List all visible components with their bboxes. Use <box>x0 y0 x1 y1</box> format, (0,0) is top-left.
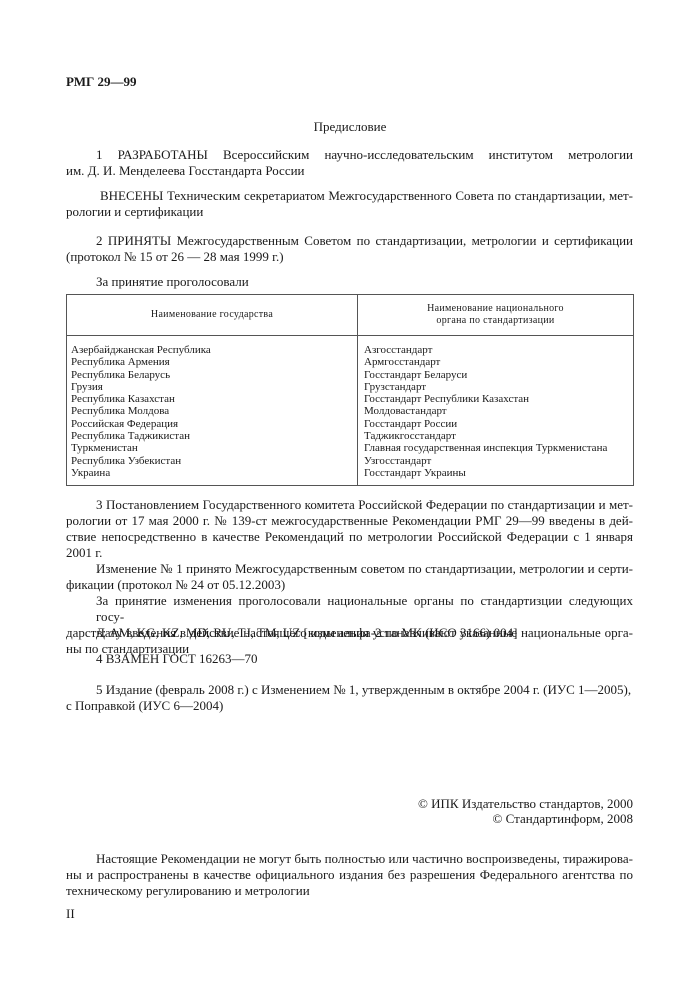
standards-body-name: Таджикгосстандарт <box>364 430 629 442</box>
resolution-paragraph: 3 Постановлением Государственного комите… <box>66 497 633 561</box>
state-name: Республика Беларусь <box>71 369 353 381</box>
state-name: Азербайджанская Республика <box>71 344 353 356</box>
amendment-line-1: Изменение № 1 принято Межгосударственным… <box>66 561 633 577</box>
bodies-column: АзгосстандартАрмгосстандартГосстандарт Б… <box>358 336 634 486</box>
developed-line-1: 1 РАЗРАБОТАНЫ Всероссийским научно-иссле… <box>66 147 633 163</box>
resolution-line-3: ствие непосредственно в качестве Рекомен… <box>66 529 633 545</box>
effective-date-line-1: Дату введения в действие настоящего изме… <box>66 625 633 641</box>
amendment-paragraph: Изменение № 1 принято Межгосударственным… <box>66 561 633 593</box>
resolution-line-2: рологии от 17 мая 2000 г. № 139-ст межго… <box>66 513 633 529</box>
adopted-paragraph: 2 ПРИНЯТЫ Межгосударственным Советом по … <box>66 233 633 265</box>
copyright-block: © ИПК Издательство стандартов, 2000 © Ст… <box>418 796 633 826</box>
developed-line-2: им. Д. И. Менделеева Госстандарта России <box>66 163 633 179</box>
state-name: Республика Молдова <box>71 405 353 417</box>
replaces-paragraph: 4 ВЗАМЕН ГОСТ 16263—70 <box>66 651 633 667</box>
standards-body-name: Молдовастандарт <box>364 405 629 417</box>
page-number: II <box>66 906 75 922</box>
notice-line-3: техническому регулированию и метрологии <box>66 883 633 899</box>
developed-paragraph: 1 РАЗРАБОТАНЫ Всероссийским научно-иссле… <box>66 147 633 179</box>
state-name: Республика Казахстан <box>71 393 353 405</box>
adopted-line-1: 2 ПРИНЯТЫ Межгосударственным Советом по … <box>66 233 633 249</box>
table-header-row: Наименование государства Наименование на… <box>67 295 634 336</box>
reproduction-notice: Настоящие Рекомендации не могут быть пол… <box>66 851 633 899</box>
amendment-vote-line-1: За принятие изменения проголосовали наци… <box>66 593 633 625</box>
adopted-line-2: (протокол № 15 от 26 — 28 мая 1999 г.) <box>66 249 633 265</box>
standards-body-name: Госстандарт Республики Казахстан <box>364 393 629 405</box>
state-name: Республика Узбекистан <box>71 455 353 467</box>
edition-line-1: 5 Издание (февраль 2008 г.) с Изменением… <box>66 682 633 698</box>
resolution-line-1: 3 Постановлением Государственного комите… <box>66 497 633 513</box>
notice-line-1: Настоящие Рекомендации не могут быть пол… <box>66 851 633 867</box>
copyright-line-2: © Стандартинформ, 2008 <box>418 811 633 826</box>
standards-body-name: Армгосстандарт <box>364 356 629 368</box>
votes-table: Наименование государства Наименование на… <box>66 294 634 486</box>
introduced-paragraph: ВНЕСЕНЫ Техническим секретариатом Межгос… <box>66 188 633 220</box>
standards-body-name: Азгосстандарт <box>364 344 629 356</box>
notice-line-2: ны и распространены в качестве официальн… <box>66 867 633 883</box>
edition-paragraph: 5 Издание (февраль 2008 г.) с Изменением… <box>66 682 633 714</box>
edition-line-2: с Поправкой (ИУС 6—2004) <box>66 698 633 714</box>
standards-body-name: Госстандарт Украины <box>364 467 629 479</box>
state-name: Российская Федерация <box>71 418 353 430</box>
table-row: Азербайджанская РеспубликаРеспублика Арм… <box>67 336 634 486</box>
states-column: Азербайджанская РеспубликаРеспублика Арм… <box>67 336 358 486</box>
introduced-line-1: ВНЕСЕНЫ Техническим секретариатом Межгос… <box>66 188 633 204</box>
standards-body-name: Госстандарт Беларуси <box>364 369 629 381</box>
state-name: Грузия <box>71 381 353 393</box>
header-standards-body: Наименование национального органа по ста… <box>358 295 634 336</box>
copyright-line-1: © ИПК Издательство стандартов, 2000 <box>418 796 633 811</box>
state-name: Республика Армения <box>71 356 353 368</box>
standards-body-name: Узгосстандарт <box>364 455 629 467</box>
state-name: Украина <box>71 467 353 479</box>
standards-body-name: Госстандарт России <box>364 418 629 430</box>
state-name: Республика Таджикистан <box>71 430 353 442</box>
introduced-line-2: рологии и сертификации <box>66 204 633 220</box>
header-state: Наименование государства <box>67 295 358 336</box>
section-heading: Предисловие <box>0 119 700 135</box>
standards-body-name: Главная государственная инспекция Туркме… <box>364 442 629 454</box>
standards-body-name: Грузстандарт <box>364 381 629 393</box>
amendment-line-2: фикации (протокол № 24 от 05.12.2003) <box>66 577 633 593</box>
voted-label: За принятие проголосовали <box>66 274 633 290</box>
state-name: Туркменистан <box>71 442 353 454</box>
document-code: РМГ 29—99 <box>66 74 136 90</box>
resolution-line-4: 2001 г. <box>66 545 633 561</box>
